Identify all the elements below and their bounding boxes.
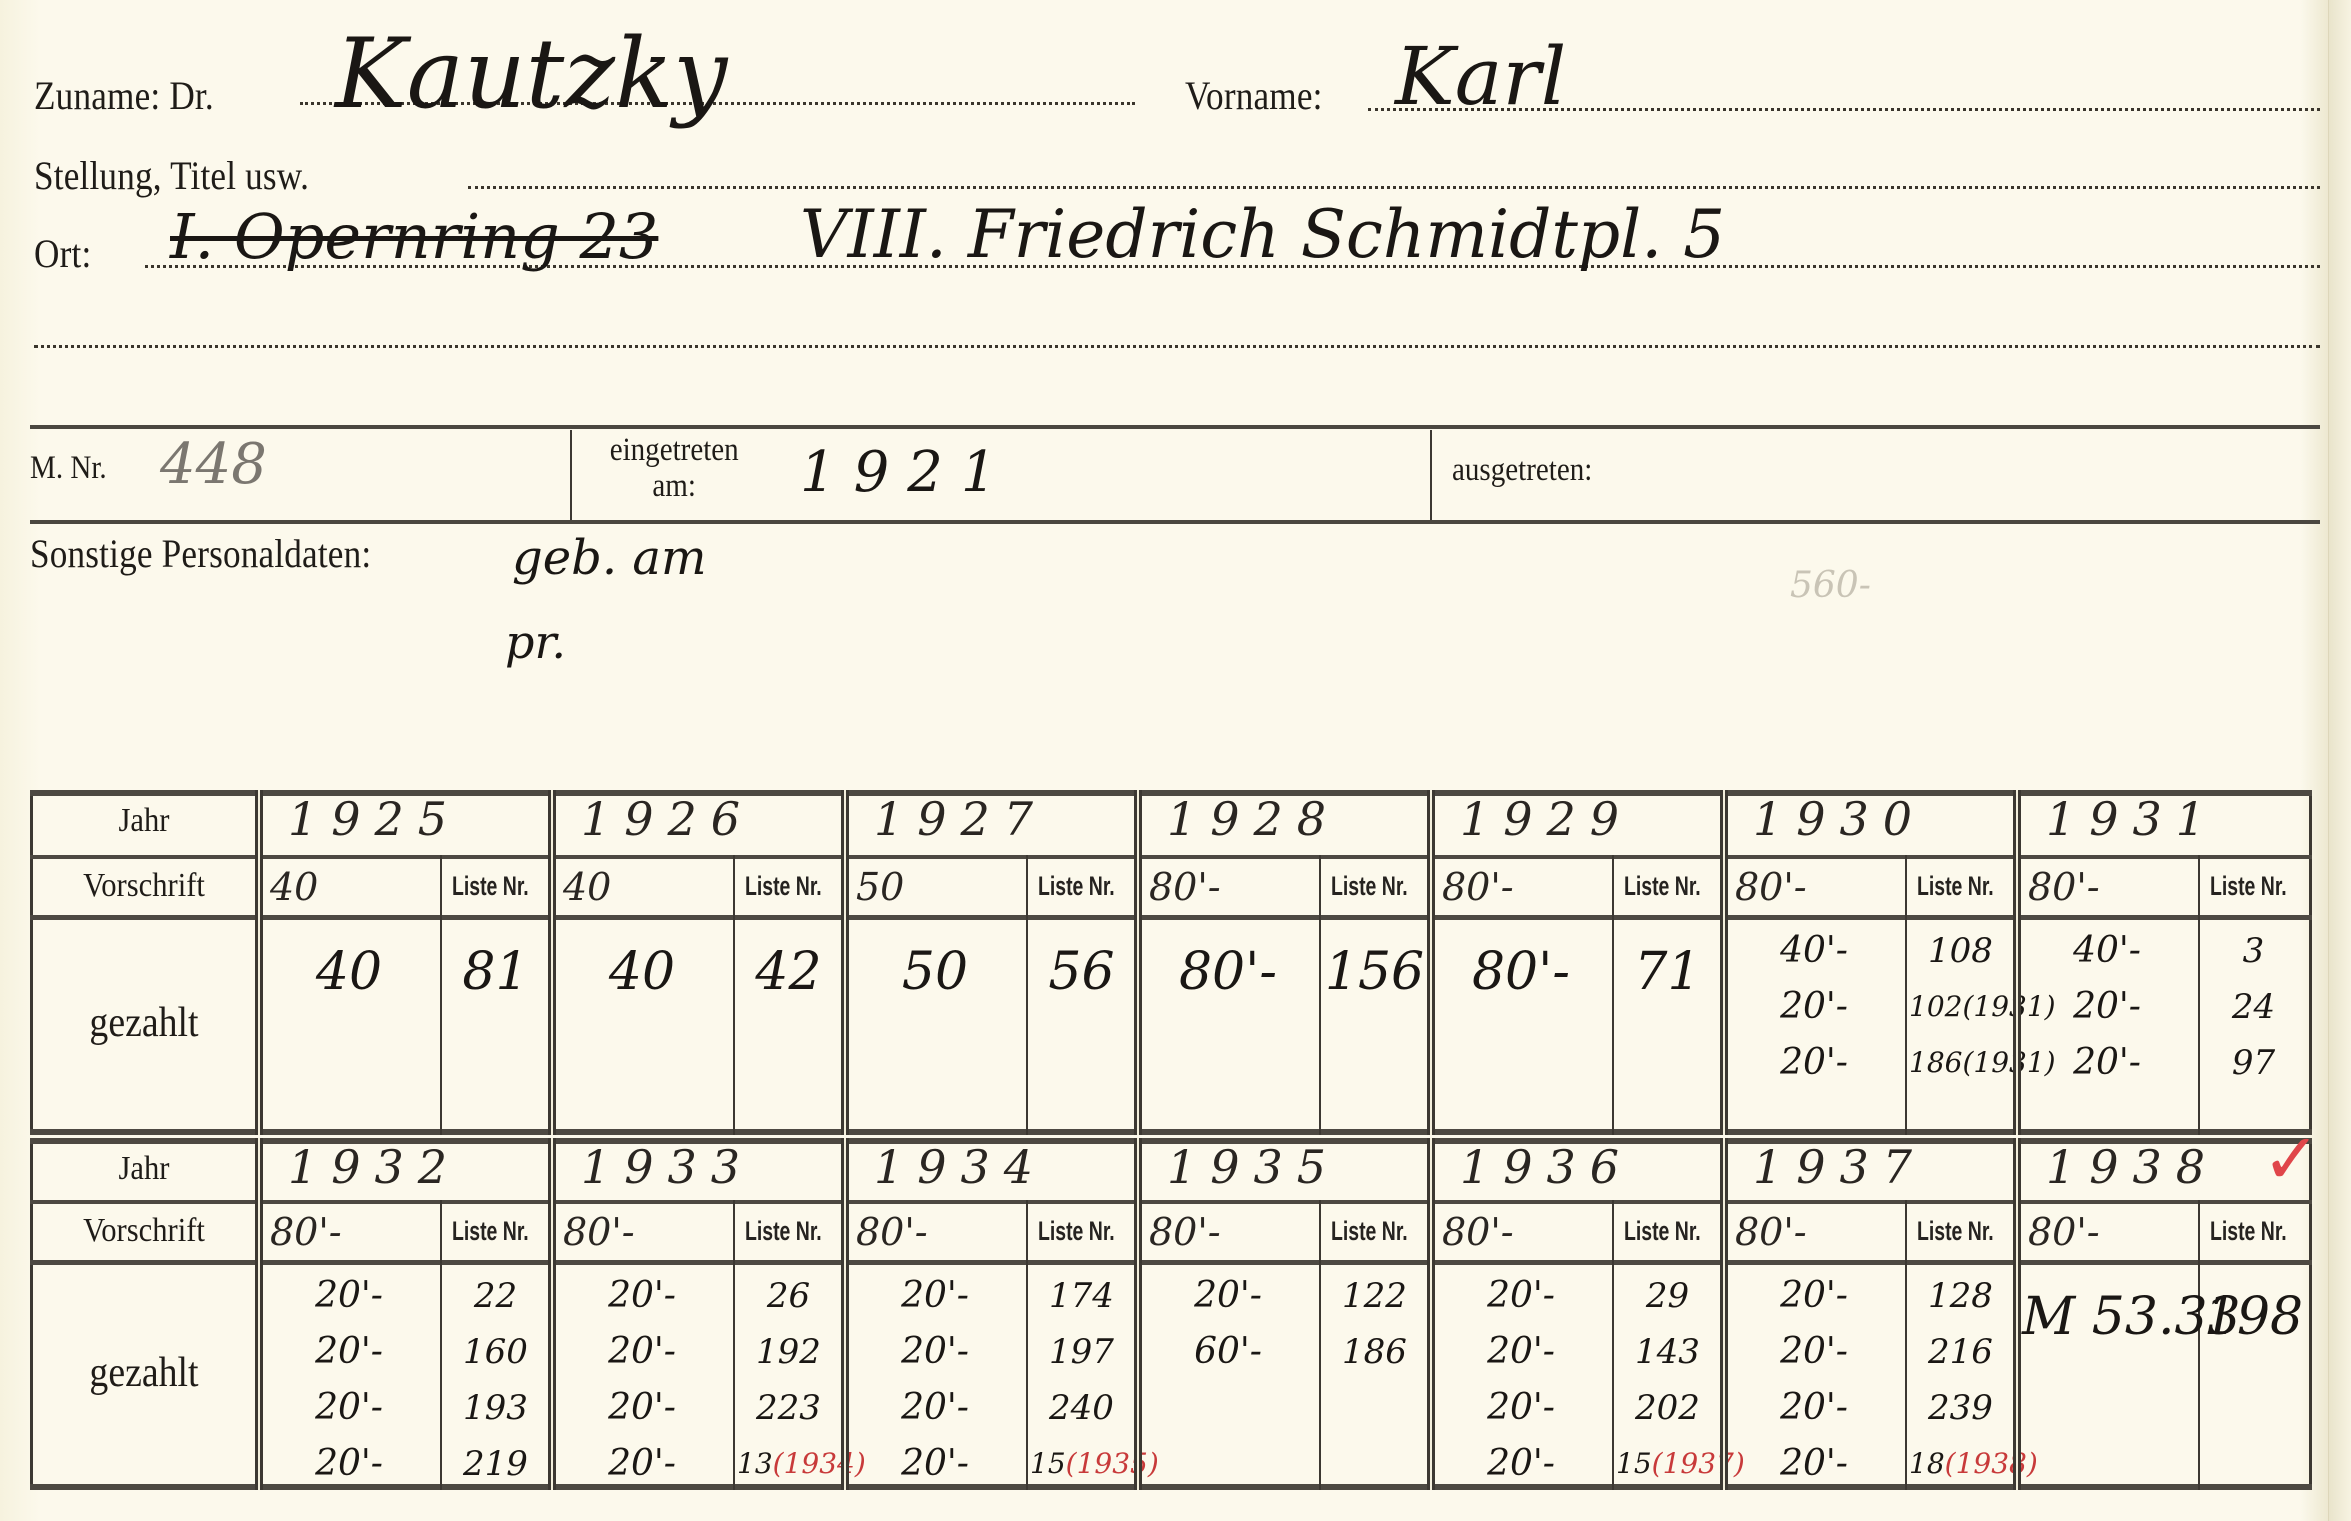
list-number: 223	[737, 1380, 840, 1436]
paid-amount: 50	[850, 927, 1020, 1017]
list-number: 29	[1616, 1268, 1719, 1324]
list-no-header: Liste Nr.	[1624, 871, 1701, 902]
list-no-header: Liste Nr.	[452, 1216, 529, 1247]
required-amount: 40	[563, 865, 611, 909]
list-no-header: Liste Nr.	[1917, 1216, 1994, 1247]
list-no-header: Liste Nr.	[745, 1216, 822, 1247]
year-1936: 1936	[1460, 1140, 1633, 1194]
paid-amount: 20'-	[557, 1324, 727, 1380]
other-data-label: Sonstige Personaldaten:	[30, 530, 371, 577]
member-no-label: M. Nr.	[30, 450, 107, 487]
list-number: 128	[1909, 1268, 2012, 1324]
column-divider	[1430, 790, 1435, 1135]
paid-amount: 20'-	[1729, 979, 1899, 1035]
table-rule	[30, 1200, 2312, 1204]
table-rule	[30, 1129, 2312, 1135]
year-1928: 1928	[1167, 792, 1340, 846]
year-1935: 1935	[1167, 1140, 1340, 1194]
list-no-header: Liste Nr.	[1038, 871, 1115, 902]
list-no-header: Liste Nr.	[1331, 1216, 1408, 1247]
row-label-paid: gezahlt	[41, 999, 246, 1047]
list-numbers: 12821623918(1938)	[1909, 1268, 2012, 1492]
list-no-header: Liste Nr.	[745, 871, 822, 902]
joined-value: 1921	[800, 440, 1015, 505]
list-number: 186	[1323, 1324, 1426, 1380]
list-number: 97	[2202, 1035, 2305, 1091]
paid-amount: 20'-	[264, 1324, 434, 1380]
column-divider	[258, 790, 263, 1135]
year-1933: 1933	[581, 1140, 754, 1194]
list-number: 239	[1909, 1380, 2012, 1436]
required-amount: 40	[270, 865, 318, 909]
paid-amounts: 40	[264, 927, 434, 1017]
paid-amount: 20'-	[1729, 1268, 1899, 1324]
year-1938: 1938	[2046, 1140, 2219, 1194]
surname-label: Zuname: Dr.	[34, 72, 214, 119]
list-number: 193	[444, 1380, 547, 1436]
row-label-required: Vorschrift	[41, 867, 246, 905]
paid-amounts: 80'-	[1436, 927, 1606, 1017]
paid-amount: 40	[264, 927, 434, 1017]
list-number: 186(1931)	[1909, 1035, 2012, 1091]
member-no-value: 448	[160, 432, 267, 497]
paid-amount: 20'-	[557, 1268, 727, 1324]
position-label: Stellung, Titel usw.	[34, 152, 309, 199]
column-divider	[1137, 790, 1142, 1135]
paid-amounts: 20'-20'-20'-20'-	[557, 1268, 727, 1492]
required-amount: 50	[856, 865, 904, 909]
paid-amount: 20'-	[1436, 1380, 1606, 1436]
year-1926: 1926	[581, 792, 754, 846]
first-name-value: Karl	[1395, 30, 1566, 123]
paid-amounts: 20'-20'-20'-20'-	[1729, 1268, 1899, 1492]
paid-amount: 20'-	[1143, 1268, 1313, 1324]
paid-amount: 20'-	[1729, 1436, 1899, 1492]
list-no-header: Liste Nr.	[452, 871, 529, 902]
list-number: 13(1934)	[737, 1436, 840, 1492]
year-1931: 1931	[2046, 792, 2219, 846]
subcolumn-divider	[440, 855, 442, 1135]
paid-amount: 20'-	[850, 1436, 1020, 1492]
required-amount: 80'-	[856, 1210, 928, 1254]
paid-amounts: 40'-20'-20'-	[1729, 923, 1899, 1091]
subcolumn-divider	[1319, 1200, 1321, 1490]
left-label: ausgetreten:	[1452, 452, 1592, 489]
required-amount: 80'-	[563, 1210, 635, 1254]
column-divider	[551, 1138, 556, 1490]
list-numbers: 156	[1323, 927, 1426, 1017]
list-numbers: 56	[1030, 927, 1133, 1017]
subcolumn-divider	[1319, 855, 1321, 1135]
list-number: 202	[1616, 1380, 1719, 1436]
payment-table-1925-1931: JahrVorschriftgezahlt192540Liste Nr.4081…	[30, 790, 2312, 1135]
card-edge	[2328, 0, 2351, 1521]
list-numbers: 198	[2202, 1272, 2305, 1362]
list-numbers: 2619222313(1934)	[737, 1268, 840, 1492]
column-divider	[844, 790, 849, 1135]
other-data-line2: pr.	[505, 615, 566, 669]
row-label-year: Jahr	[41, 802, 246, 840]
divider	[570, 430, 572, 520]
list-number: 56	[1030, 927, 1133, 1017]
list-number: 192	[737, 1324, 840, 1380]
list-number: 24	[2202, 979, 2305, 1035]
list-numbers: 108102(1931)186(1931)	[1909, 923, 2012, 1091]
paid-amount: 20'-	[1436, 1436, 1606, 1492]
list-numbers: 81	[444, 927, 547, 1017]
required-amount: 80'-	[1149, 1210, 1221, 1254]
paid-amount: 40	[557, 927, 727, 1017]
row-label-paid: gezahlt	[41, 1349, 246, 1397]
year-1937: 1937	[1753, 1140, 1926, 1194]
row-label-year: Jahr	[41, 1150, 246, 1188]
paid-amount: 60'-	[1143, 1324, 1313, 1380]
other-data-line1: geb. am	[512, 530, 707, 586]
column-divider	[2016, 1138, 2021, 1490]
list-number: 174	[1030, 1268, 1133, 1324]
required-amount: 80'-	[1149, 865, 1221, 909]
paid-amount: 40'-	[1729, 923, 1899, 979]
list-number: 42	[737, 927, 840, 1017]
subcolumn-divider	[733, 1200, 735, 1490]
subcolumn-divider	[1026, 855, 1028, 1135]
list-number: 240	[1030, 1380, 1133, 1436]
check-mark-icon: ✓	[2262, 1118, 2321, 1200]
list-no-header: Liste Nr.	[2210, 871, 2287, 902]
list-number: 22	[444, 1268, 547, 1324]
paid-amount: 20'-	[264, 1380, 434, 1436]
list-number: 18(1938)	[1909, 1436, 2012, 1492]
list-numbers: 2914320215(1937)	[1616, 1268, 1719, 1492]
column-divider	[258, 1138, 263, 1490]
paid-amounts: 50	[850, 927, 1020, 1017]
paid-amount: 80'-	[1436, 927, 1606, 1017]
list-number: 197	[1030, 1324, 1133, 1380]
column-divider	[551, 790, 556, 1135]
column-divider	[844, 1138, 849, 1490]
list-no-header: Liste Nr.	[2210, 1216, 2287, 1247]
list-numbers: 42	[737, 927, 840, 1017]
section-rule-top	[30, 425, 2320, 429]
paid-amounts: 20'-20'-20'-20'-	[850, 1268, 1020, 1492]
year-1927: 1927	[874, 792, 1047, 846]
paid-amount: 20'-	[1729, 1035, 1899, 1091]
position-dotted-line	[468, 186, 2320, 189]
subcolumn-divider	[1905, 1200, 1907, 1490]
required-amount: 80'-	[2028, 1210, 2100, 1254]
joined-label-line1: eingetreten	[610, 432, 739, 468]
subcolumn-divider	[440, 1200, 442, 1490]
table-rule	[30, 1260, 2312, 1265]
paid-amount: 20'-	[850, 1380, 1020, 1436]
list-number: 219	[444, 1436, 547, 1492]
subcolumn-divider	[733, 855, 735, 1135]
first-name-label: Vorname:	[1185, 72, 1323, 119]
list-number: 160	[444, 1324, 547, 1380]
list-number: 81	[444, 927, 547, 1017]
column-divider	[2016, 790, 2021, 1135]
column-divider	[1430, 1138, 1435, 1490]
subcolumn-divider	[2198, 855, 2200, 1135]
joined-label-line2: am:	[652, 468, 696, 504]
paid-amount: 20'-	[557, 1436, 727, 1492]
year-1929: 1929	[1460, 792, 1633, 846]
paid-amounts: 40'-20'-20'-	[2022, 923, 2192, 1091]
paid-amount: 20'-	[2022, 1035, 2192, 1091]
list-numbers: 71	[1616, 927, 1719, 1017]
paid-amount: 80'-	[1143, 927, 1313, 1017]
list-no-header: Liste Nr.	[1917, 871, 1994, 902]
list-no-header: Liste Nr.	[1624, 1216, 1701, 1247]
paid-amount: 20'-	[1729, 1380, 1899, 1436]
paid-amount: 40'-	[2022, 923, 2192, 979]
column-divider	[1723, 1138, 1728, 1490]
subcolumn-divider	[1905, 855, 1907, 1135]
paid-amount: M 53.33	[2022, 1272, 2192, 1362]
year-1932: 1932	[288, 1140, 461, 1194]
subcolumn-divider	[1612, 855, 1614, 1135]
place-value: VIII. Friedrich Schmidtpl. 5	[800, 196, 1725, 273]
list-number: 122	[1323, 1268, 1426, 1324]
paid-amount: 20'-	[850, 1324, 1020, 1380]
subcolumn-divider	[1612, 1200, 1614, 1490]
membership-card: Zuname: Dr. Kautzky Vorname: Karl Stellu…	[0, 0, 2351, 1521]
surname-value: Kautzky	[335, 18, 727, 130]
list-number: 26	[737, 1268, 840, 1324]
list-numbers: 122186	[1323, 1268, 1426, 1380]
subcolumn-divider	[1026, 1200, 1028, 1490]
paid-amount: 20'-	[1436, 1268, 1606, 1324]
paid-amounts: 40	[557, 927, 727, 1017]
paid-amount: 20'-	[850, 1268, 1020, 1324]
list-number: 102(1931)	[1909, 979, 2012, 1035]
paid-amount: 20'-	[264, 1268, 434, 1324]
table-rule	[30, 855, 2312, 859]
list-number: 71	[1616, 927, 1719, 1017]
required-amount: 80'-	[1735, 1210, 1807, 1254]
joined-label: eingetreten am:	[595, 432, 753, 504]
place-label: Ort:	[34, 230, 91, 277]
list-number: 143	[1616, 1324, 1719, 1380]
year-1934: 1934	[874, 1140, 1047, 1194]
list-no-header: Liste Nr.	[1038, 1216, 1115, 1247]
extra-dotted-line	[34, 345, 2320, 348]
list-no-header: Liste Nr.	[1331, 871, 1408, 902]
list-number: 108	[1909, 923, 2012, 979]
place-old-value: I. Opernring 23	[170, 200, 658, 273]
paid-amounts: M 53.33	[2022, 1272, 2192, 1362]
list-number: 156	[1323, 927, 1426, 1017]
list-number: 3	[2202, 923, 2305, 979]
paid-amounts: 20'-20'-20'-20'-	[264, 1268, 434, 1492]
list-numbers: 32497	[2202, 923, 2305, 1091]
paid-amount: 20'-	[264, 1436, 434, 1492]
paid-amounts: 20'-20'-20'-20'-	[1436, 1268, 1606, 1492]
year-1930: 1930	[1753, 792, 1926, 846]
list-numbers: 17419724015(1935)	[1030, 1268, 1133, 1492]
paid-amounts: 20'-60'-	[1143, 1268, 1313, 1380]
required-amount: 80'-	[1442, 865, 1514, 909]
required-amount: 80'-	[1442, 1210, 1514, 1254]
paid-amount: 20'-	[1436, 1324, 1606, 1380]
paid-amount: 20'-	[1729, 1324, 1899, 1380]
list-number: 15(1935)	[1030, 1436, 1133, 1492]
list-numbers: 22160193219	[444, 1268, 547, 1492]
required-amount: 80'-	[2028, 865, 2100, 909]
faint-note: 560-	[1790, 565, 1871, 606]
row-label-required: Vorschrift	[41, 1212, 246, 1250]
required-amount: 80'-	[1735, 865, 1807, 909]
column-divider	[1137, 1138, 1142, 1490]
payment-table-1932-1938: JahrVorschriftgezahlt193280'-Liste Nr.20…	[30, 1138, 2312, 1490]
divider	[1430, 430, 1432, 520]
section-rule-bottom	[30, 520, 2320, 524]
list-number: 198	[2202, 1272, 2305, 1362]
list-number: 15(1937)	[1616, 1436, 1719, 1492]
paid-amounts: 80'-	[1143, 927, 1313, 1017]
year-1925: 1925	[288, 792, 461, 846]
table-rule	[30, 915, 2312, 920]
paid-amount: 20'-	[557, 1380, 727, 1436]
required-amount: 80'-	[270, 1210, 342, 1254]
column-divider	[1723, 790, 1728, 1135]
list-number: 216	[1909, 1324, 2012, 1380]
paid-amount: 20'-	[2022, 979, 2192, 1035]
